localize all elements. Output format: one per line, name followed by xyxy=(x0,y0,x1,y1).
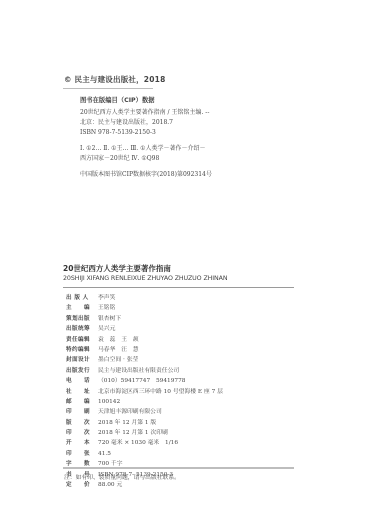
cip-line: ISBN 978-7-5139-2150-3 xyxy=(80,128,212,138)
copyright-notice: © 民主与建设出版社，2018 xyxy=(64,74,166,85)
field-special-editor: 特约编辑马春华 汪 慧 xyxy=(66,345,223,355)
cip-classification: 西方国家－20世纪 Ⅳ. ①Q98 xyxy=(80,154,212,164)
field-editor: 主 编王铭铭 xyxy=(66,303,223,313)
field-postcode: 邮 编100142 xyxy=(66,397,223,407)
cip-title: 图书在版编目（CIP）数据 xyxy=(80,95,212,104)
field-distributor: 出版发行民主与建设出版社有限责任公司 xyxy=(66,366,223,376)
field-sheets: 印 张41.5 xyxy=(66,449,223,459)
field-responsible-editor: 责任编辑袁 蕊 王 颉 xyxy=(66,335,223,345)
cip-classification: Ⅰ. ①2… Ⅱ. ①王… Ⅲ. ①人类学－著作－介绍－ xyxy=(80,144,212,154)
copyright-divider xyxy=(63,88,153,89)
field-edition: 版 次2018 年 12 月第 1 版 xyxy=(66,418,223,428)
field-format: 开 本720 毫米 × 1030 毫米 1/16 xyxy=(66,438,223,448)
cip-record-number: 中国版本图书馆CIP数据核字(2018)第092314号 xyxy=(80,170,212,180)
cip-line: 北京：民主与建设出版社，2018.7 xyxy=(80,118,212,128)
field-coordinator: 出版统筹吴兴元 xyxy=(66,324,223,334)
field-printer: 印 刷天津旭丰源印刷有限公司 xyxy=(66,407,223,417)
book-title-pinyin: 20SHIJI XIFANG RENLEIXUE ZHUYAO ZHUZUO Z… xyxy=(63,275,227,282)
publication-details: 出 版 人李声笑 主 编王铭铭 策划出版银杏树下 出版统筹吴兴元 责任编辑袁 蕊… xyxy=(66,293,223,490)
field-cover-design: 封面设计墨白空间 · 张莹 xyxy=(66,355,223,365)
book-title: 20世纪西方人类学主要著作指南 xyxy=(63,263,171,274)
field-price: 定 价88.00 元 xyxy=(66,480,223,490)
field-printing: 印 次2018 年 12 月第 1 次印刷 xyxy=(66,428,223,438)
cip-block: 图书在版编目（CIP）数据 20世纪西方人类学主要著作指南 / 王铭铭主编. -… xyxy=(80,95,212,180)
field-phone: 电 话（010）59417747 59419778 xyxy=(66,376,223,386)
field-planning: 策划出版银杏树下 xyxy=(66,314,223,324)
title-divider xyxy=(63,287,294,288)
bottom-divider xyxy=(63,467,294,469)
field-publisher-person: 出 版 人李声笑 xyxy=(66,293,223,303)
quality-note: 注：如有印、装质量问题，请与出版社联系。 xyxy=(64,472,180,481)
cip-line: 20世纪西方人类学主要著作指南 / 王铭铭主编. -- xyxy=(80,108,212,118)
field-address: 社 址北京市海淀区西三环中路 10 号望海楼 E 座 7 层 xyxy=(66,387,223,397)
